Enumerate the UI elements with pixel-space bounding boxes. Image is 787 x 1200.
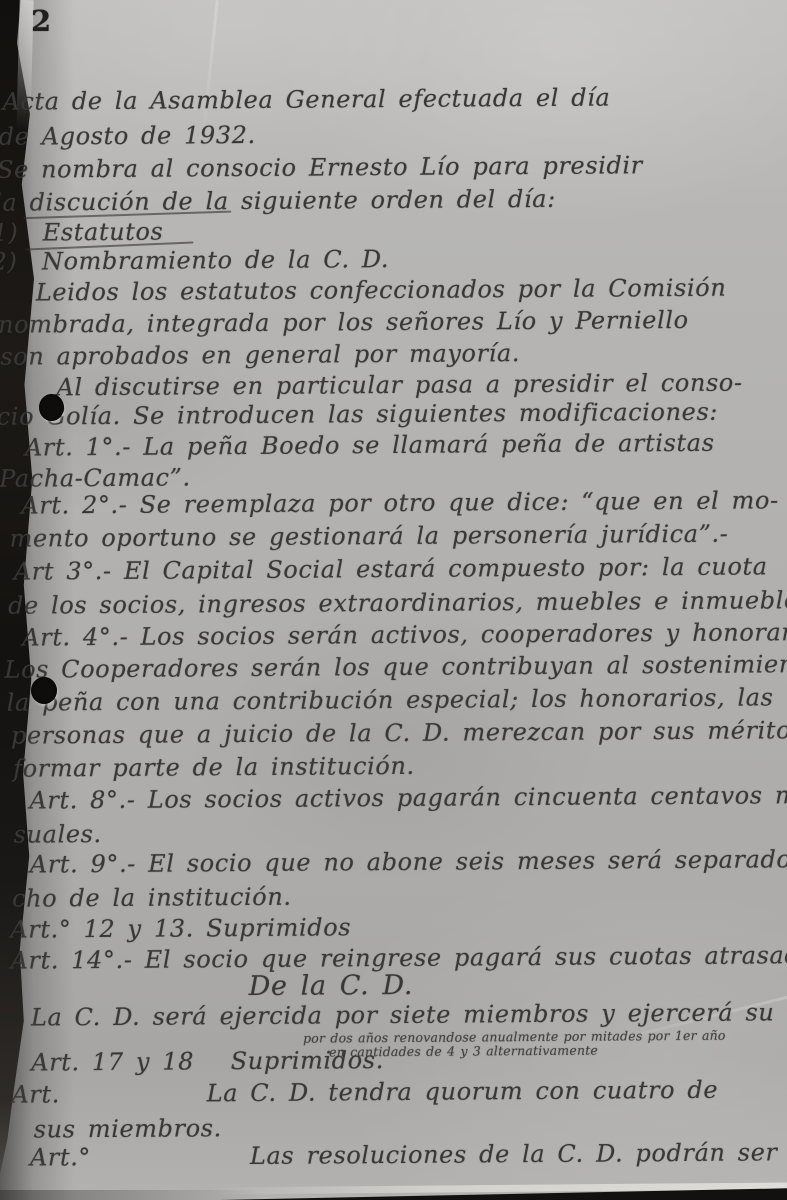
punch-hole: [39, 394, 64, 421]
manuscript-line: Art 3°.- El Capital Social estará compue…: [14, 552, 768, 585]
manuscript-line: Se nombra al consocio Ernesto Lío para p…: [0, 151, 643, 184]
manuscript-line: nombrada, integrada por los señores Lío …: [0, 306, 689, 339]
manuscript-line: Acta de la Asamblea General efectuada el…: [2, 83, 610, 115]
manuscript-line: la peña con una contribución especial; l…: [7, 683, 774, 716]
punch-hole: [31, 677, 57, 704]
manuscript-line: cio Golía. Se introducen las siguientes …: [0, 398, 718, 431]
scanned-manuscript-page: 2 Acta de la Asamblea General efectuada …: [0, 0, 787, 1200]
manuscript-line: Art. La C. D. tendra quorum con cuatro d…: [11, 1076, 718, 1109]
manuscript-line: formar parte de la institución.: [13, 752, 415, 783]
manuscript-line: son aprobados en general por mayoría.: [0, 339, 520, 371]
manuscript-line: La C. D. será ejercida por siete miembro…: [31, 997, 787, 1031]
manuscript-line: sus miembros.: [34, 1114, 222, 1143]
manuscript-line: Art. 17 y 18 Suprimidos.: [31, 1046, 384, 1076]
manuscript-line: Art. 9°.- El socio que no abone seis mes…: [30, 845, 787, 879]
section-heading: De la C. D.: [249, 970, 413, 1002]
manuscript-line: Art. 2°.- Se reemplaza por otro que dice…: [21, 486, 779, 519]
manuscript-line: Art. 4°.- Los socios serán activos, coop…: [22, 618, 787, 652]
manuscript-line: Leidos los estatutos confeccionados por …: [36, 274, 727, 307]
manuscript-line: Al discutirse en particular pasa a presi…: [56, 369, 742, 402]
manuscript-line: Pacha-Camac”.: [0, 463, 191, 492]
manuscript-line: Art.° 12 y 13. Suprimidos: [10, 913, 351, 943]
manuscript-line: de los socios, ingresos extraordinarios,…: [8, 586, 787, 620]
manuscript-line: la discución de la siguiente orden del d…: [0, 185, 556, 217]
manuscript-line: 1) Estatutos: [0, 218, 164, 247]
scan-edge-shade-left: [0, 1190, 260, 1200]
manuscript-line: Los Cooperadores serán los que contribuy…: [4, 650, 787, 684]
manuscript-line: suales.: [14, 820, 102, 849]
manuscript-line: cho de la institución.: [12, 883, 292, 913]
manuscript-line: Art. 8°.- Los socios activos pagarán cin…: [29, 781, 787, 815]
manuscript-line: Art. 1°.- La peña Boedo se llamará peña …: [25, 429, 715, 462]
manuscript-line: de Agosto de 1932.: [0, 121, 256, 151]
manuscript-line: Art.° Las resoluciones de la C. D. podrá…: [30, 1138, 787, 1171]
manuscript-line: 2) Nombramiento de la C. D.: [0, 245, 389, 276]
handwritten-text-block: Acta de la Asamblea General efectuada el…: [0, 0, 787, 1200]
manuscript-line: mento oportuno se gestionará la personer…: [9, 520, 728, 553]
manuscript-line: personas que a juicio de la C. D. merezc…: [11, 716, 787, 750]
